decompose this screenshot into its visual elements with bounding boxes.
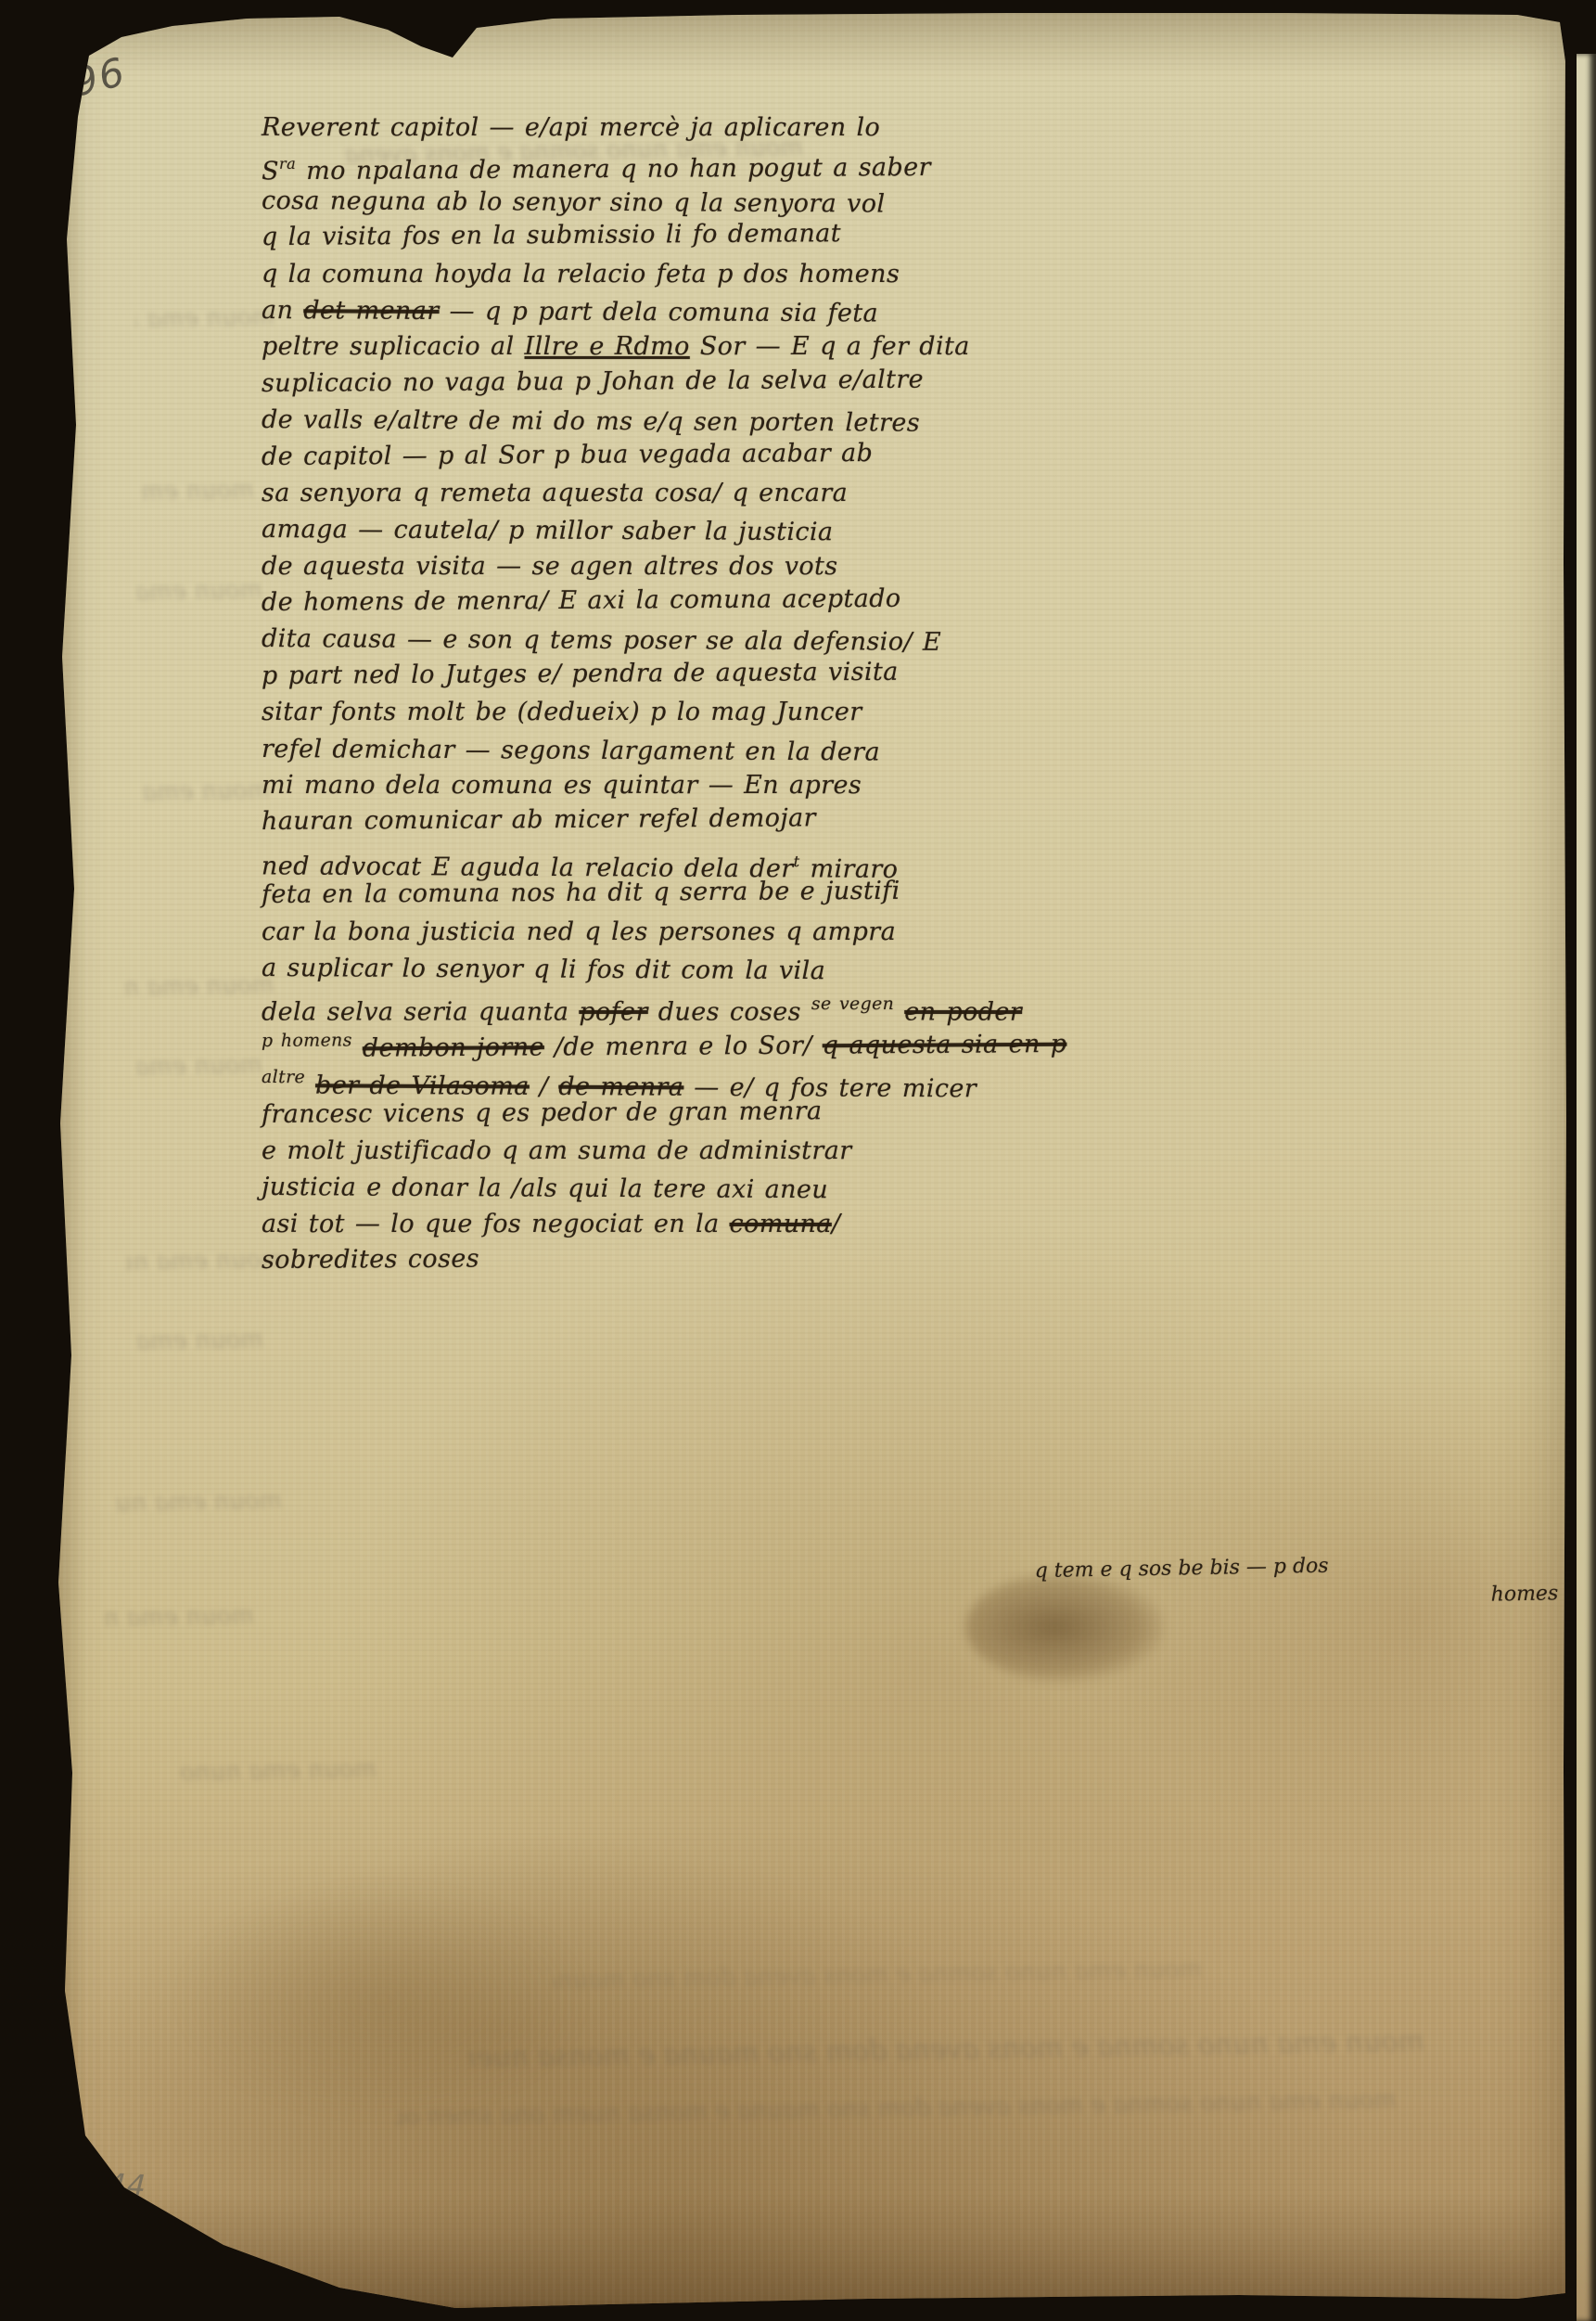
manuscript-text-segment: p part ned lo Jutges e/ pendra de aquest… bbox=[262, 658, 899, 690]
ink-bleedthrough: moun ema nuno somna e mons avena dom sno… bbox=[134, 1326, 264, 1355]
manuscript-text-segment: altre bbox=[262, 1067, 305, 1087]
manuscript-text-segment: car la bona justicia ned q les persones … bbox=[262, 917, 896, 946]
manuscript-line: q la comuna hoyda la relacio feta p dos … bbox=[262, 256, 1003, 292]
manuscript-text-segment: peltre suplicacio al bbox=[262, 332, 525, 361]
manuscript-scan: 996 944 moun ema nuno somna e mons avena… bbox=[0, 0, 1596, 2321]
manuscript-line: suplicacio no vaga bua p Johan de la sel… bbox=[262, 361, 1003, 402]
manuscript-text-segment: feta en la comuna nos ha dit q serra be … bbox=[262, 877, 900, 909]
manuscript-line: sa senyora q remeta aquesta cosa/ q enca… bbox=[262, 475, 1003, 511]
handwritten-text-block: Reverent capitol — e/api mercè ja aplica… bbox=[262, 109, 1003, 1279]
manuscript-text-segment: de aquesta visita — se agen altres dos v… bbox=[262, 552, 838, 581]
ink-bleedthrough: moun ema nuno somna e mons avena dom sno… bbox=[126, 1246, 284, 1276]
manuscript-text-segment: cosa neguna ab lo senyor sino q la senyo… bbox=[262, 186, 886, 219]
manuscript-line: peltre suplicacio al Illre e Rdmo Sor — … bbox=[262, 328, 1003, 365]
manuscript-line: de capitol — p al Sor p bua vegada acaba… bbox=[262, 434, 1003, 475]
manuscript-text-segment: sobredites coses bbox=[262, 1245, 479, 1275]
manuscript-text-segment: an bbox=[262, 296, 303, 325]
manuscript-text-segment: de homens de menra/ E axi la comuna acep… bbox=[262, 584, 901, 617]
manuscript-line: asi tot — lo que fos negociat en la comu… bbox=[262, 1206, 1003, 1242]
manuscript-text-segment: refel demichar — segons largament en la … bbox=[262, 735, 880, 766]
manuscript-text-segment: q la visita fos en la submissio li fo de… bbox=[262, 219, 841, 251]
manuscript-text-segment: se vegen bbox=[811, 994, 894, 1014]
manuscript-text-segment: /de menra e lo Sor/ bbox=[544, 1031, 823, 1061]
ink-bleedthrough: moun ema nuno somna e mons avena dom sno… bbox=[115, 1486, 282, 1517]
manuscript-text-segment: q aquesta sia en p bbox=[823, 1030, 1067, 1060]
manuscript-line: de aquesta visita — se agen altres dos v… bbox=[262, 548, 1003, 584]
ink-bleedthrough: moun ema nuno somna e mons avena dom sno… bbox=[126, 971, 275, 1002]
manuscript-text-segment: asi tot — lo que fos negociat en la bbox=[262, 1210, 730, 1238]
ink-bleedthrough: moun ema nuno somna e mons avena dom sno… bbox=[143, 476, 255, 506]
manuscript-text-segment: det menar bbox=[303, 296, 439, 326]
manuscript-line: sobredites coses bbox=[262, 1237, 1003, 1278]
manuscript-line: car la bona justicia ned q les persones … bbox=[262, 914, 1003, 950]
manuscript-line: Reverent capitol — e/api mercè ja aplica… bbox=[262, 109, 1003, 146]
manuscript-text-segment: amaga — cautela/ p millor saber la justi… bbox=[262, 515, 834, 546]
manuscript-line: dela selva seria quanta pofer dues coses… bbox=[262, 986, 1003, 1022]
manuscript-text-segment: comuna bbox=[730, 1210, 832, 1238]
manuscript-text-segment: de capitol — p al Sor p bua vegada acaba… bbox=[262, 438, 873, 470]
manuscript-text-segment: francesc vicens q es pedor de gran menra bbox=[262, 1096, 823, 1129]
manuscript-line: a suplicar lo senyor q li fos dit com la… bbox=[262, 950, 1003, 991]
manuscript-text-segment: Sor — E q a fer dita bbox=[690, 332, 970, 361]
manuscript-line: de homens de menra/ E axi la comuna acep… bbox=[262, 580, 1003, 621]
manuscript-line: mi mano dela comuna es quintar — En apre… bbox=[262, 767, 1003, 803]
manuscript-line: sitar fonts molt be (dedueix) p lo mag J… bbox=[262, 694, 1003, 730]
manuscript-text-segment: mo npalana de manera q no han pogut a sa… bbox=[296, 153, 931, 186]
ink-bleedthrough: moun ema nuno somna e mons avena dom sno… bbox=[137, 1051, 263, 1081]
manuscript-text-segment: dembon jorne bbox=[363, 1032, 544, 1062]
margin-note: q tem e q sos be bis — p dos homes bbox=[1034, 1546, 1582, 1619]
manuscript-page: 996 944 moun ema nuno somna e mons avena… bbox=[33, 6, 1569, 2308]
ink-bleedthrough: moun ema nuno somna e mons avena dom sno… bbox=[172, 1755, 377, 1787]
folio-number-top: 996 bbox=[42, 48, 130, 111]
manuscript-line: p part ned lo Jutges e/ pendra de aquest… bbox=[262, 653, 1003, 694]
manuscript-text-segment: Illre e Rdmo bbox=[525, 332, 690, 361]
manuscript-line: francesc vicens q es pedor de gran menra bbox=[262, 1092, 1003, 1133]
manuscript-line: justicia e donar la /als qui la tere axi… bbox=[262, 1169, 1003, 1210]
manuscript-text-segment: justicia e donar la /als qui la tere axi… bbox=[262, 1173, 828, 1204]
manuscript-line: feta en la comuna nos ha dit q serra be … bbox=[262, 872, 1003, 913]
manuscript-text-segment: — q p part dela comuna sia feta bbox=[439, 297, 878, 327]
ink-bleedthrough: moun ema nuno somna e mons avena dom sno… bbox=[137, 576, 263, 606]
manuscript-text-segment: p homens bbox=[262, 1030, 352, 1051]
manuscript-text-segment: de valls e/altre de mi do ms e/q sen por… bbox=[262, 405, 920, 438]
manuscript-text-segment: mi mano dela comuna es quintar — En apre… bbox=[262, 771, 862, 800]
ink-bleedthrough: moun ema nuno somna e mons avena dom sno… bbox=[135, 776, 271, 807]
manuscript-line: an det menar — q p part dela comuna sia … bbox=[262, 292, 1003, 333]
ink-bleedthrough: moun ema nuno somna e mons avena dom sno… bbox=[106, 1602, 254, 1633]
ink-bleedthrough: moun ema nuno somna e mons avena dom sno… bbox=[135, 303, 275, 334]
manuscript-text-segment: e molt justificado q am suma de administ… bbox=[262, 1136, 852, 1165]
manuscript-line: Sra mo npalana de manera q no han pogut … bbox=[262, 142, 1003, 183]
manuscript-line: amaga — cautela/ p millor saber la justi… bbox=[262, 511, 1003, 552]
manuscript-text-segment: sa senyora q remeta aquesta cosa/ q enca… bbox=[262, 479, 848, 507]
manuscript-line: q la visita fos en la submissio li fo de… bbox=[262, 214, 1003, 255]
ink-bleedthrough: moun ema nuno somna e mons avena dom sno… bbox=[469, 2025, 1424, 2074]
manuscript-line: p homens dembon jorne /de menra e lo Sor… bbox=[262, 1019, 1003, 1059]
manuscript-text-segment: sitar fonts molt be (dedueix) p lo mag J… bbox=[262, 698, 862, 726]
manuscript-line: refel demichar — segons largament en la … bbox=[262, 731, 1003, 772]
manuscript-text-segment: Reverent capitol — e/api mercè ja aplica… bbox=[262, 113, 880, 142]
manuscript-text-segment: suplicacio no vaga bua p Johan de la sel… bbox=[262, 365, 924, 397]
adjacent-page-edge bbox=[1577, 54, 1596, 2321]
manuscript-text-segment: / bbox=[832, 1210, 841, 1238]
ink-bleedthrough: moun ema nuno somna e mons avena dom sno… bbox=[395, 2086, 1397, 2132]
ink-bleedthrough: moun ema nuno somna e mons avena dom sno… bbox=[553, 1956, 1202, 1994]
manuscript-text-segment: ra bbox=[279, 155, 296, 173]
folio-number-bottom: 944 bbox=[86, 2165, 147, 2203]
manuscript-text-segment: hauran comunicar ab micer refel demojar bbox=[262, 804, 816, 837]
manuscript-text-segment bbox=[352, 1033, 363, 1062]
manuscript-text-segment: a suplicar lo senyor q li fos dit com la… bbox=[262, 954, 825, 985]
manuscript-line: e molt justificado q am suma de administ… bbox=[262, 1133, 1003, 1169]
manuscript-line: hauran comunicar ab micer refel demojar bbox=[262, 800, 1003, 840]
paper-stain bbox=[172, 1879, 590, 2121]
manuscript-text-segment: dita causa — e son q tems poser se ala d… bbox=[262, 624, 941, 657]
manuscript-text-segment: q la comuna hoyda la relacio feta p dos … bbox=[262, 260, 900, 289]
